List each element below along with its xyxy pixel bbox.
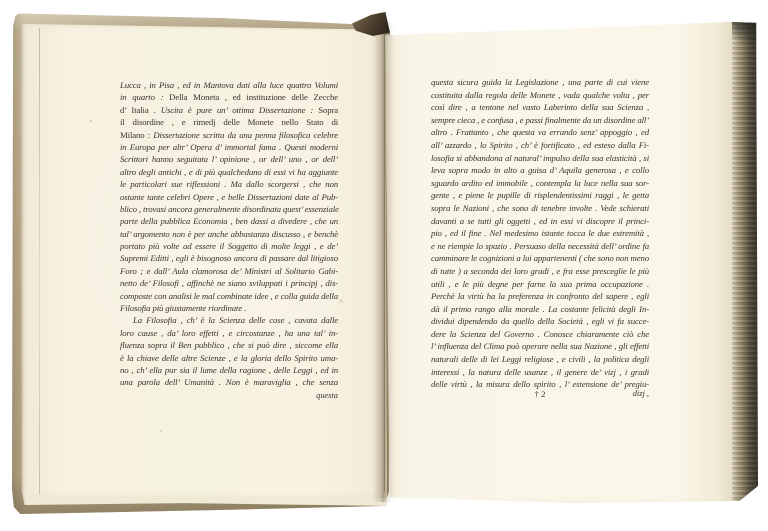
gutter-shadow	[372, 22, 394, 502]
text-line: Perchè la virtù ha la preferenza in conf…	[431, 290, 649, 303]
text-line: davanti a se tutti gli oggetti , ed in e…	[431, 215, 649, 228]
text-line: è la chiave delle altre Scienze , e la g…	[120, 352, 338, 364]
fore-edge	[732, 16, 758, 503]
text-line: Milano : Dissertazione scritta da una pe…	[120, 129, 338, 141]
text-line: dà il primo rango alla morale . La costa…	[431, 303, 649, 316]
text-line: all’ azzardo , lo Spirito , ch’ è fortif…	[431, 139, 649, 152]
signature-mark: † 2	[431, 389, 649, 399]
book-photo: Lucca , in Pisa , ed in Mantova dati all…	[0, 0, 768, 531]
text-line: losofia si abbandona al natural’ impulso…	[431, 152, 649, 165]
text-line: tal’ argomento non è per anche abbastanz…	[120, 228, 338, 240]
text-line: Lucca , in Pisa , ed in Mantova dati all…	[120, 79, 338, 91]
text-line: sguardo ardito ed immobile , contempla l…	[431, 177, 649, 190]
text-line: dividui dipendendo da quello della Socie…	[431, 315, 649, 328]
text-line: naturali delle di lei Leggi religiose , …	[431, 353, 649, 366]
text-line: pio , ed il fine . Nel medesimo istante …	[431, 227, 649, 240]
text-line: utili , e le più degne per farne la sua …	[431, 278, 649, 291]
text-line: e ne riempie lo spazio . Persuaso della …	[431, 240, 649, 253]
text-line: altro . Frattanto , che questa va errand…	[431, 126, 649, 139]
text-line: Scrittori hanno seguitata l’ opinione , …	[120, 153, 338, 165]
left-page-text: Lucca , in Pisa , ed in Mantova dati all…	[120, 79, 338, 389]
text-line: di tutte ) a seconda dei loro gradi , e …	[431, 265, 649, 278]
text-line: parte della pubblica Economia , ben dass…	[120, 215, 338, 227]
text-line: il disordine , e rimedj delle Monete nel…	[120, 116, 338, 128]
text-line: sempre cieca , e confusa , e passi final…	[431, 114, 649, 127]
text-line: d’ Italia . Uscita è pure un’ ottima Dis…	[120, 104, 338, 116]
text-line: blico , trovasi ancora generalmente diso…	[120, 203, 338, 215]
text-line: no , ch’ ella pur sia il lume della ragi…	[120, 364, 338, 376]
fore-edge-top-corner	[732, 20, 758, 50]
catchword-right: dizj ,	[633, 389, 649, 398]
text-line: sopra le Nazioni , che sono di tenebre i…	[431, 202, 649, 215]
text-line: Supremi Editti , egli è bisognoso ancora…	[120, 252, 338, 264]
text-line: netto de’ Filosofi , affinchè ne siano s…	[120, 277, 338, 289]
text-line: leva sopra modo in alto a guisa d’ Aquil…	[431, 164, 649, 177]
text-line: loro cause , da’ loro effetti , e circos…	[120, 327, 338, 339]
text-line: composte con analisi le mal combinate id…	[120, 290, 338, 302]
text-line: altro degli antichi , e di più qualchedu…	[120, 166, 338, 178]
text-line: in quarto : Della Moneta , ed instituzio…	[120, 91, 338, 103]
text-line: una parola dell’ Umanità . Non è maravig…	[120, 376, 338, 388]
text-line: l’ influenza del Clima può operare nella…	[431, 340, 649, 353]
text-line: camminare le cognizioni a lui appartenen…	[431, 252, 649, 265]
text-line: Foro ; e dall’ Aula clamorosa de’ Minist…	[120, 265, 338, 277]
text-line: interessi , la natura delle usanze , il …	[431, 366, 649, 379]
text-line: La Filosofia , ch’ è la Scienza delle co…	[120, 314, 338, 326]
text-line: fluenza sopra il Ben pubblico , che si p…	[120, 339, 338, 351]
text-line: così dire , a tentone nel vasto Laberint…	[431, 101, 649, 114]
text-line: questa sicura guida la Legislazione , un…	[431, 76, 649, 89]
text-line: ostante tante celebri Opere , e belle Di…	[120, 191, 338, 203]
text-line: costituita dalla regola delle Monete , v…	[431, 89, 649, 102]
text-line: in Europa per altr’ Opera d’ immortal fa…	[120, 141, 338, 153]
text-line: portato più volte ad essere il Soggetto …	[120, 240, 338, 252]
text-line: dere la Scienza del Governo . Conosce ch…	[431, 328, 649, 341]
right-page-footer: † 2 dizj ,	[431, 389, 649, 402]
text-line: gente , e piene le pupille di risplenden…	[431, 189, 649, 202]
text-line: le particolari sue riflessioni . Ma dall…	[120, 178, 338, 190]
catchword-left: questa	[120, 391, 338, 400]
right-page-text: questa sicura guida la Legislazione , un…	[431, 76, 649, 391]
foxing-specks	[90, 120, 92, 122]
text-line: Filosofia più giustamente riordinate .	[120, 302, 338, 314]
